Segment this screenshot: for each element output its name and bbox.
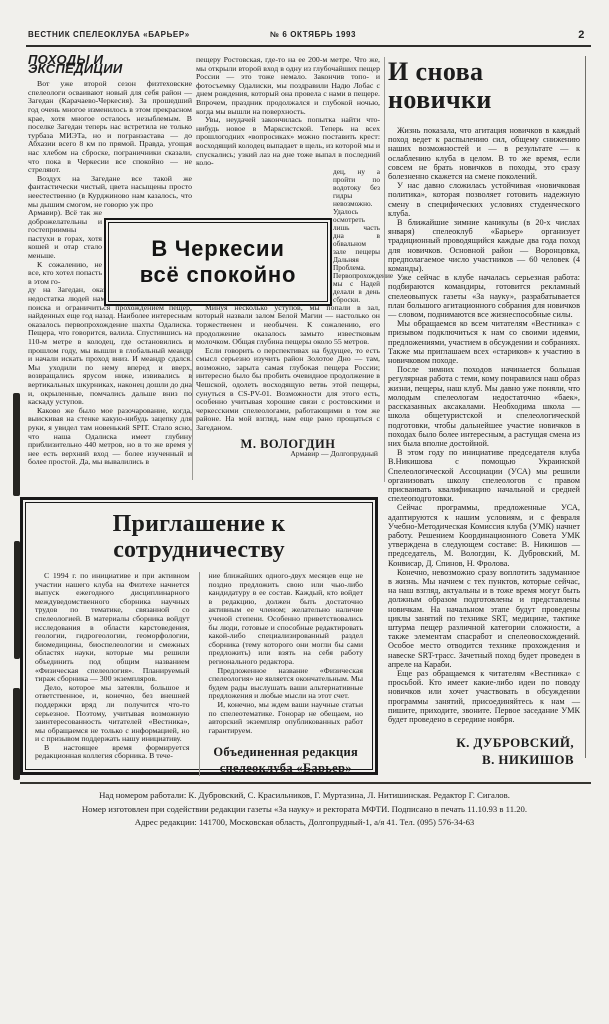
- paragraph: В этом году по инициативе председателя к…: [388, 448, 580, 503]
- paragraph: Конечно, невозможно сразу воплотить заду…: [388, 568, 580, 669]
- editorial-signature-line-1: Объединенная редакция: [209, 744, 364, 760]
- callout-line-1: В Черкесии: [151, 236, 284, 262]
- paragraph: Минуя несколько уступов, мы попали в зал…: [196, 304, 380, 347]
- masthead-club-title: ВЕСТНИК СПЕЛЕОКЛУБА «БАРЬЕР»: [28, 30, 190, 39]
- page-number: 2: [578, 29, 585, 41]
- imprint-line-3: Адрес редакции: 141700, Московская облас…: [0, 816, 609, 830]
- paragraph: Каково же было мое разочарование, когда,…: [28, 407, 192, 467]
- editorial-signature: Объединенная редакция спелеоклуба «Барье…: [209, 744, 364, 776]
- paragraph: ние ближайших одного-двух месяцев еще не…: [209, 572, 364, 667]
- paragraph: И, конечно, мы ждем ваши научные статьи …: [209, 701, 364, 735]
- wrap-text-beside-callout: дец, ну а пройти по водотоку без гидры н…: [333, 168, 380, 304]
- scan-artifact: [13, 393, 20, 496]
- masthead-issue-date: № 6 ОКТЯБРЬ 1993: [270, 30, 356, 39]
- author-signature: М. ВОЛОГДИН: [196, 440, 380, 449]
- masthead-rule: [26, 45, 591, 47]
- imprint-footer: Над номером работали: К. Дубровский, С. …: [0, 789, 609, 830]
- masthead: ВЕСТНИК СПЕЛЕОКЛУБА «БАРЬЕР» № 6 ОКТЯБРЬ…: [28, 30, 587, 42]
- invitation-column-right: ние ближайших одного-двух месяцев еще не…: [199, 572, 364, 776]
- paragraph: Сейчас программы, предложенные УСА, адап…: [388, 503, 580, 567]
- author-signature-line-1: К. ДУБРОВСКИЙ,: [388, 734, 574, 751]
- paragraph: Увы, неудачей закончилась попытка найти …: [196, 116, 380, 168]
- callout-box-inner: В Черкесии всё спокойно: [108, 222, 328, 302]
- paragraph: У нас давно сложилась устойчивая «новичк…: [388, 181, 580, 218]
- paragraph: Жизнь показала, что агитация новичков в …: [388, 126, 580, 181]
- newspaper-page: ВЕСТНИК СПЕЛЕОКЛУБА «БАРЬЕР» № 6 ОКТЯБРЬ…: [0, 0, 609, 1024]
- paragraph: Вот уже второй сезон физтеховские спелео…: [28, 80, 192, 175]
- imprint-line-2: Номер изготовлен при содействии редакции…: [0, 803, 609, 817]
- paragraph: В настоящее время формируется редакционн…: [35, 744, 190, 761]
- invitation-column-left: С 1994 г. по инициативе и при активном у…: [35, 572, 190, 776]
- page-edge-rule: [585, 56, 586, 758]
- scan-artifact: [13, 688, 20, 780]
- author-location-note: Армавир — Долгопрудный: [196, 450, 380, 459]
- newcomers-title: И снова новички: [388, 58, 580, 114]
- article-newcomers: И снова новички Жизнь показала, что агит…: [388, 56, 580, 768]
- paragraph: дец, ну а пройти по водотоку без гидры н…: [333, 168, 380, 304]
- expeditions-title: ПОХОДЫ И ЭКСПЕДИЦИИ: [28, 56, 192, 73]
- paragraph: Дело, которое мы затеяли, большое и отве…: [35, 684, 190, 744]
- column-divider: [192, 340, 193, 480]
- paragraph: пещеру Ростовская, где-то на ее 200-м ме…: [196, 56, 380, 116]
- paragraph: Предложенное название «Физическая спелео…: [209, 667, 364, 701]
- paragraph: В ближайшие зимние каникулы (в 20-х числ…: [388, 218, 580, 273]
- column-divider: [384, 57, 385, 482]
- callout-line-2: всё спокойно: [140, 262, 297, 288]
- invitation-box: Приглашение к сотрудничеству С 1994 г. п…: [20, 497, 378, 775]
- footer-rule: [20, 782, 591, 784]
- paragraph: Еще раз обращаемся к читателям «Вестника…: [388, 669, 580, 724]
- paragraph: Если говорить о перспективах на будущее,…: [196, 347, 380, 433]
- authors-signature: К. ДУБРОВСКИЙ, В. НИКИШОВ: [388, 734, 580, 768]
- invitation-title: Приглашение к сотрудничеству: [35, 511, 363, 563]
- paragraph: С 1994 г. по инициативе и при активном у…: [35, 572, 190, 684]
- editorial-signature-line-2: спелеоклуба «Барьер»: [209, 760, 364, 776]
- paragraph: Армавир). Всё так же доброжелательны и г…: [28, 209, 102, 261]
- wrap-text-beside-callout: Армавир). Всё так же доброжелательны и г…: [28, 209, 102, 286]
- invitation-columns: С 1994 г. по инициативе и при активном у…: [35, 572, 363, 776]
- paragraph: К сожалению, не все, кто хотел попасть в…: [28, 261, 102, 287]
- callout-box: В Черкесии всё спокойно: [104, 218, 332, 306]
- imprint-line-1: Над номером работали: К. Дубровский, С. …: [0, 789, 609, 803]
- paragraph: Уже сейчас в клубе началась серьезная ра…: [388, 273, 580, 319]
- paragraph: После зимних походов начинается большая …: [388, 365, 580, 448]
- author-signature-line-2: В. НИКИШОВ: [388, 751, 574, 768]
- paragraph: Воздух на Загедане все такой же фантасти…: [28, 175, 192, 209]
- invitation-box-inner: Приглашение к сотрудничеству С 1994 г. п…: [25, 502, 373, 770]
- paragraph: Мы обращаемся ко всем читателям «Вестник…: [388, 319, 580, 365]
